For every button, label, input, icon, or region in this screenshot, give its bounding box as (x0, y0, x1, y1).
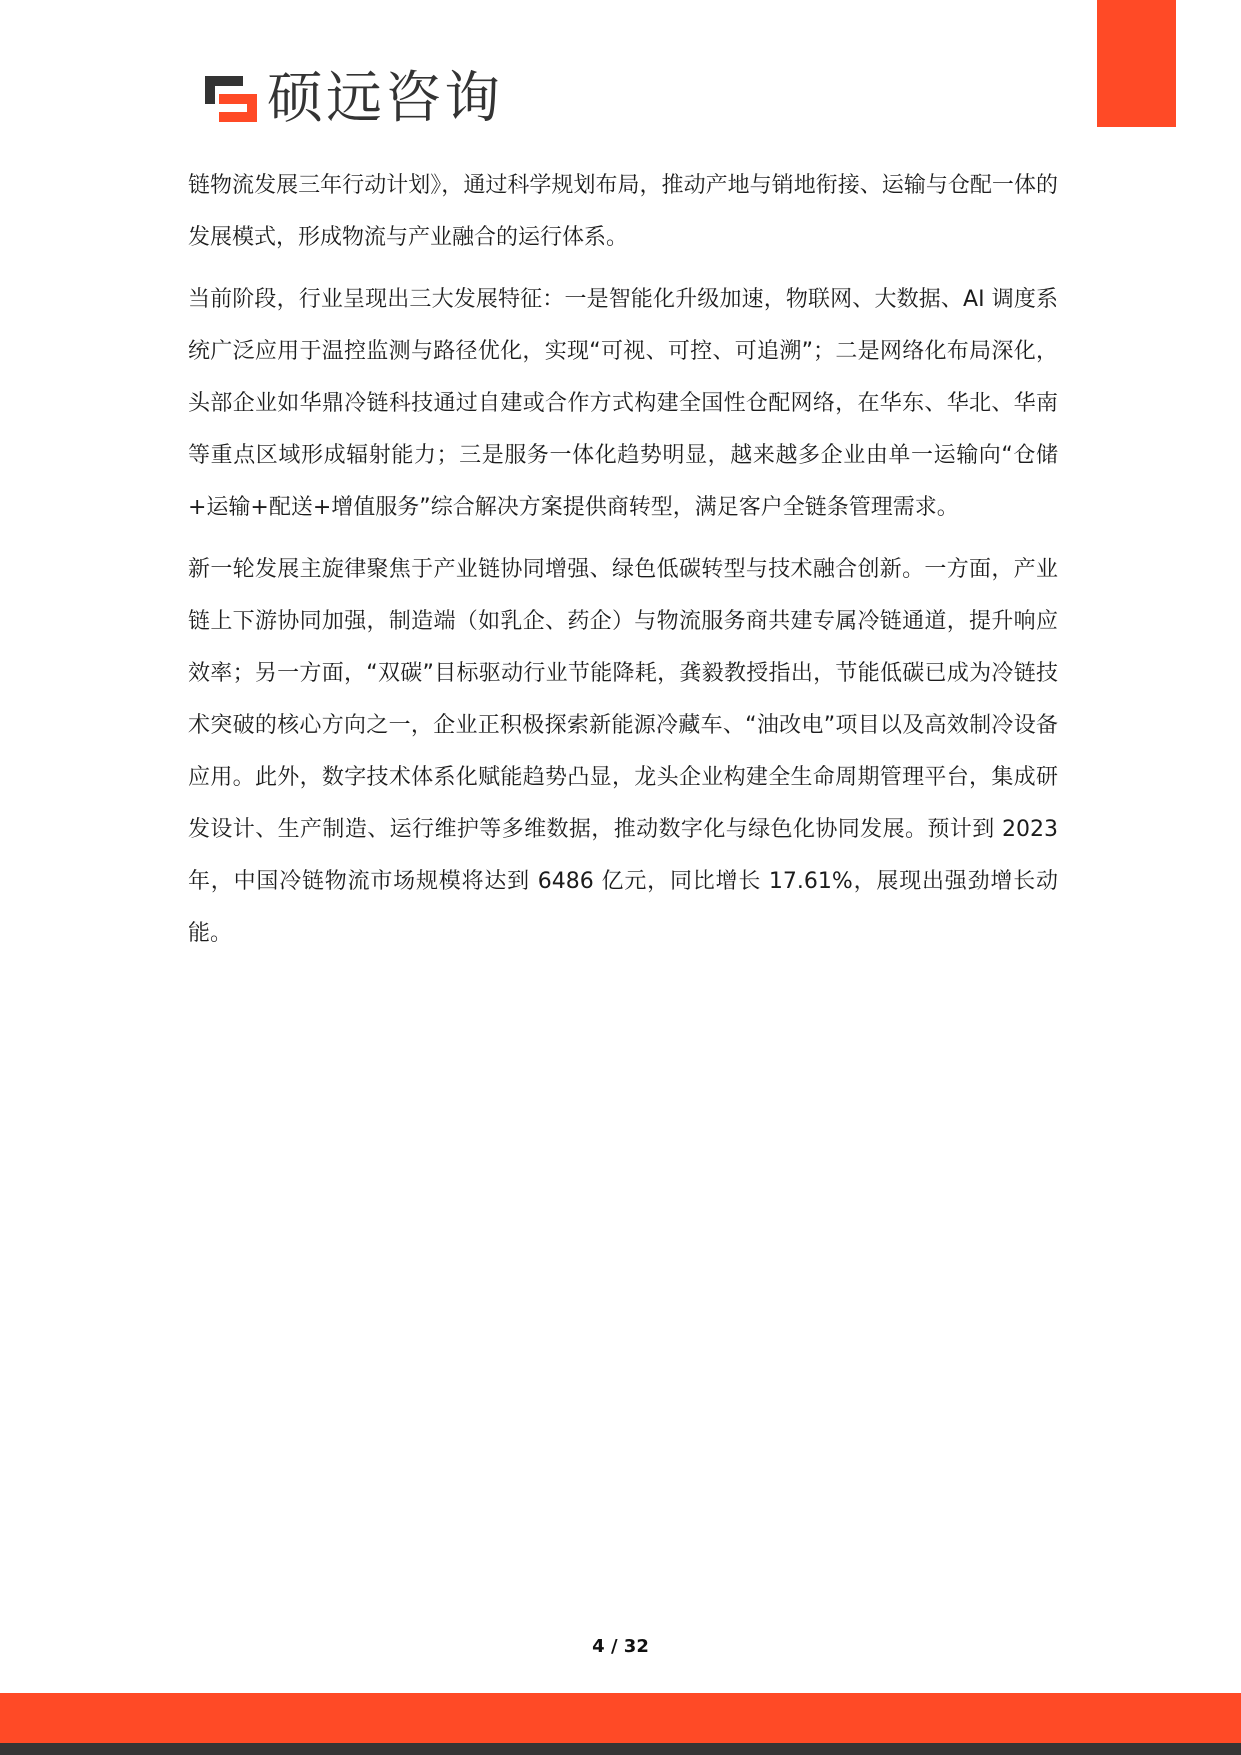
logo-wordmark: 硕远咨询 (267, 70, 503, 128)
paragraph: 当前阶段，行业呈现出三大发展特征：一是智能化升级加速，物联网、大数据、AI 调度… (188, 274, 1058, 534)
document-body: 链物流发展三年行动计划》，通过科学规划布局，推动产地与销地衔接、运输与仓配一体的… (188, 160, 1058, 970)
corner-accent-block (1097, 0, 1176, 127)
footer-accent-band (0, 1693, 1241, 1743)
company-logo: 硕远咨询 (203, 70, 503, 128)
page-number: 4 / 32 (0, 1636, 1241, 1657)
bracket-s-logo-icon (203, 74, 259, 124)
paragraph: 链物流发展三年行动计划》，通过科学规划布局，推动产地与销地衔接、运输与仓配一体的… (188, 160, 1058, 264)
footer-dark-strip (0, 1743, 1241, 1755)
paragraph: 新一轮发展主旋律聚焦于产业链协同增强、绿色低碳转型与技术融合创新。一方面，产业链… (188, 544, 1058, 960)
